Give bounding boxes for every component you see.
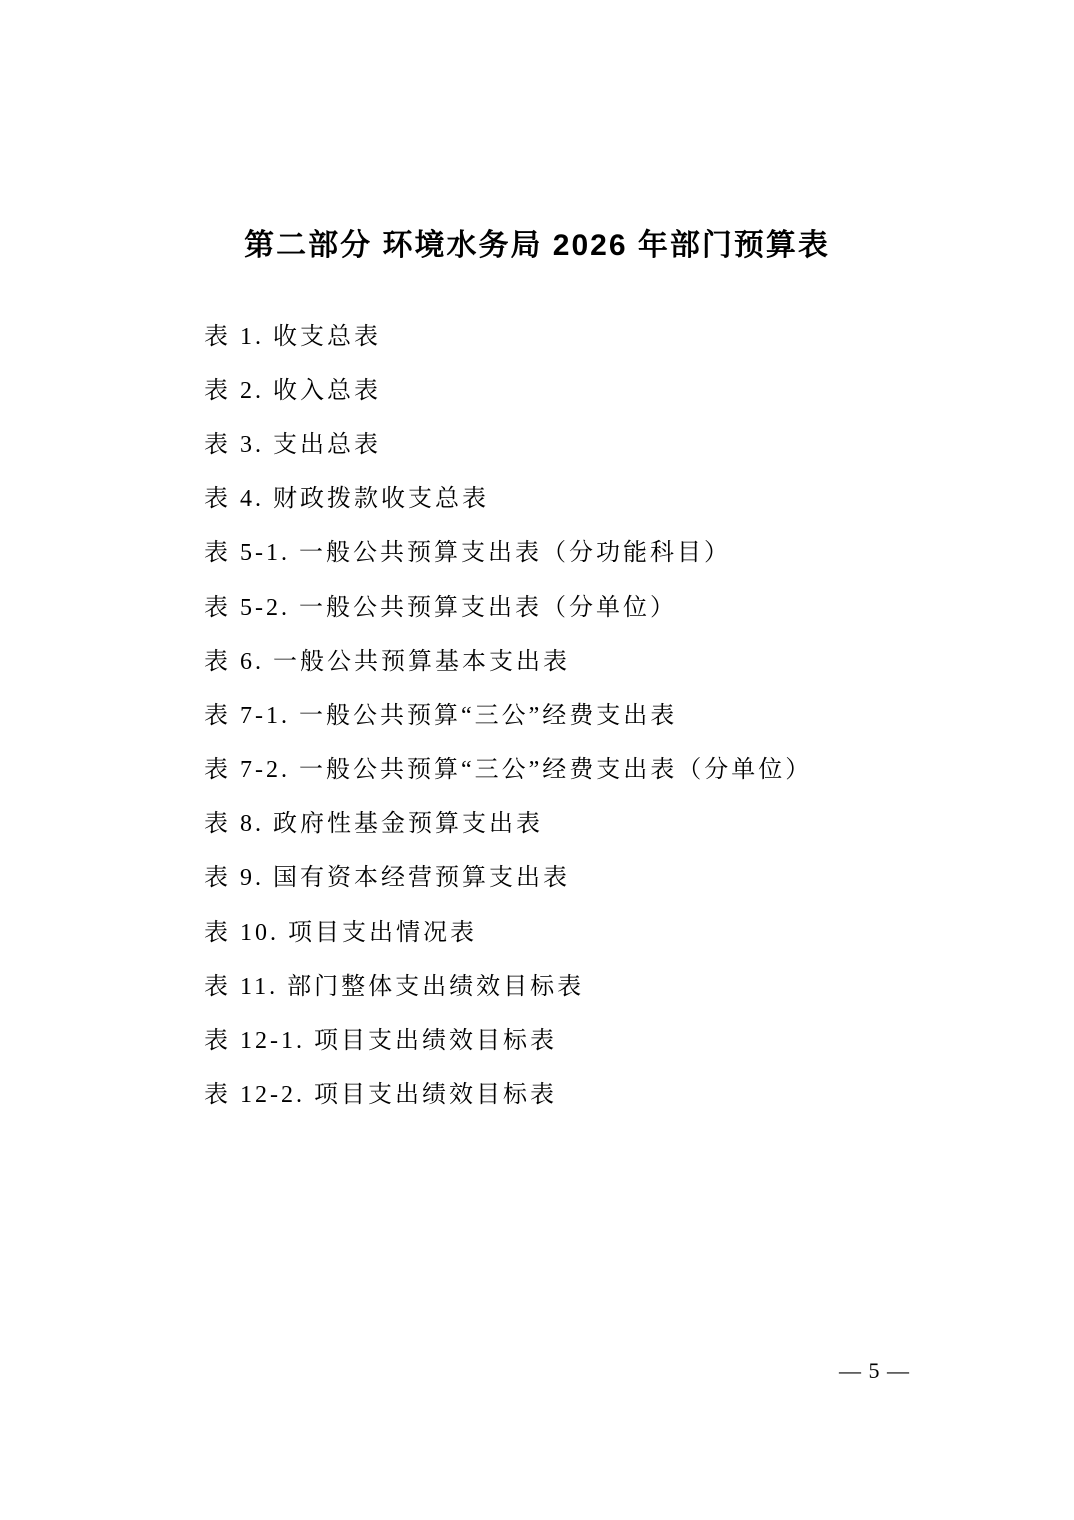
toc-item-table-10: 表 10. 项目支出情况表 [204, 902, 954, 956]
toc-item-table-1: 表 1. 收支总表 [204, 306, 954, 360]
page-title: 第二部分 环境水务局 2026 年部门预算表 [0, 220, 1074, 264]
document-page: 第二部分 环境水务局 2026 年部门预算表 表 1. 收支总表 表 2. 收入… [0, 0, 1074, 1520]
toc-item-table-7-1: 表 7-1. 一般公共预算“三公”经费支出表 [204, 685, 954, 739]
toc-item-table-5-2: 表 5-2. 一般公共预算支出表（分单位） [204, 577, 954, 631]
toc-item-table-6: 表 6. 一般公共预算基本支出表 [204, 631, 954, 685]
toc-item-table-2: 表 2. 收入总表 [204, 360, 954, 414]
toc-item-table-8: 表 8. 政府性基金预算支出表 [204, 794, 954, 848]
toc-item-table-7-2: 表 7-2. 一般公共预算“三公”经费支出表（分单位） [204, 740, 954, 794]
toc-item-table-12-1: 表 12-1. 项目支出绩效目标表 [204, 1010, 954, 1064]
toc-item-table-9: 表 9. 国有资本经营预算支出表 [204, 848, 954, 902]
toc-item-table-11: 表 11. 部门整体支出绩效目标表 [204, 956, 954, 1010]
toc-item-table-4: 表 4. 财政拨款收支总表 [204, 469, 954, 523]
table-of-contents: 表 1. 收支总表 表 2. 收入总表 表 3. 支出总表 表 4. 财政拨款收… [204, 306, 954, 1119]
page-number: — 5 — [839, 1358, 910, 1384]
toc-item-table-12-2: 表 12-2. 项目支出绩效目标表 [204, 1065, 954, 1119]
toc-item-table-5-1: 表 5-1. 一般公共预算支出表（分功能科目） [204, 523, 954, 577]
toc-item-table-3: 表 3. 支出总表 [204, 414, 954, 468]
